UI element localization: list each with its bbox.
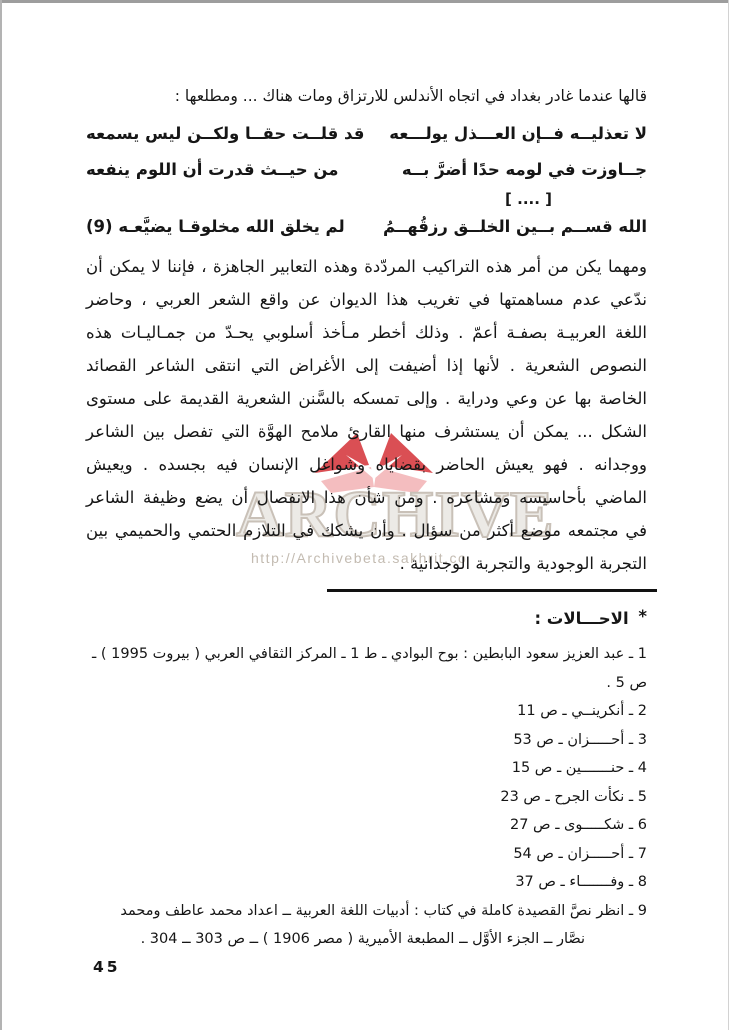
paragraph-line: الشكل ... يمكن أن يستشرف منها القارئ ملا… [86,415,647,448]
page-number: 45 [93,958,121,976]
footnote-item: 2 ـ أنكرينــي ـ ص 11 [86,697,647,726]
footnotes-heading: * الاحـــالات : [86,605,647,631]
scan-border-top [0,0,729,3]
verse-1-second-hemistich: قد قلــت حقــا ولكــن ليس يسمعه [86,122,364,146]
poem-section: قالها عندما غادر بغداد في اتجاه الأندلس … [86,84,647,239]
paragraph-line: ومهما يكن من أمر هذه التراكيب المردّدة و… [86,250,647,283]
verse-2-second-hemistich: من حيــث قدرت أن اللوم ينفعه [86,158,338,182]
footnote-item: 1 ـ عبد العزيز سعود البابطين : بوح البوا… [86,640,647,669]
poem-verse-3: الله قســم بــين الخلــق رزقُهــمُ لم يخ… [86,215,647,239]
footnote-item: 3 ـ أحـــــزان ـ ص 53 [86,726,647,755]
footnote-item: 8 ـ وفـــــــاء ـ ص 37 [86,868,647,897]
footnote-item: 4 ـ حنـــــــين ـ ص 15 [86,754,647,783]
verse-3-first-hemistich: الله قســم بــين الخلــق رزقُهــمُ [383,215,647,239]
paragraph-line: الماضي بأحاسيسه ومشاعره . ومن شأن هذا ال… [86,481,647,514]
paragraph-line: ووجدانه . فهو يعيش الحاضر بقضاياه وشواغل… [86,448,647,481]
footnotes-heading-text: الاحـــالات : [534,609,628,628]
verse-1-first-hemistich: لا تعذليــه فــإن العـــذل يولـــعه [389,122,647,146]
footnote-item: 9 ـ انظر نصَّ القصيدة كاملة في كتاب : أد… [86,897,647,926]
paragraph-line: الخاصة بها عن وعي ودراية . وإلى تمسكه با… [86,382,647,415]
paragraph-line: ندّعي عدم مساهمتها في تغريب هذا الديوان … [86,283,647,316]
paragraph-line: النصوص الشعرية . لأنها إذا أضيفت إلى الأ… [86,349,647,382]
paragraph-line: التجربة الوجودية والتجربة الوجدانية . [86,547,647,580]
poem-verse-2: جــاوزت في لومه حدًا أضرَّ بــه من حيــث… [86,158,647,182]
poem-verse-1: لا تعذليــه فــإن العـــذل يولـــعه قد ق… [86,122,647,146]
omission-marker: [ .... ] [86,188,647,210]
footnote-item: 5 ـ نكأت الجرح ـ ص 23 [86,783,647,812]
footnote-item-continuation: نصَّار ــ الجزء الأوَّل ــ المطبعة الأمي… [86,925,647,954]
footnote-item: 7 ـ أحـــــزان ـ ص 54 [86,840,647,869]
paragraph-line: في مجتمعه موضع أكثر من سؤال . وأن يشكك ف… [86,514,647,547]
body-paragraph: ومهما يكن من أمر هذه التراكيب المردّدة و… [86,250,647,580]
footnote-star-marker: * [638,605,647,629]
intro-line: قالها عندما غادر بغداد في اتجاه الأندلس … [86,84,647,108]
verse-3-second-hemistich: لم يخلق الله مخلوقـا يضيَّعـه (9) [86,215,345,239]
footnote-separator-rule [327,589,657,592]
paragraph-line: اللغة العربيـة بصفـة أعمّ . وذلك أخطر مـ… [86,316,647,349]
verse-2-first-hemistich: جــاوزت في لومه حدًا أضرَّ بــه [402,158,647,182]
footnote-item: 6 ـ شكـــــوى ـ ص 27 [86,811,647,840]
footnote-item-continuation: ص 5 . [86,669,647,698]
footnotes-section: * الاحـــالات : 1 ـ عبد العزيز سعود البا… [86,589,647,954]
scan-border-left [0,0,2,1030]
